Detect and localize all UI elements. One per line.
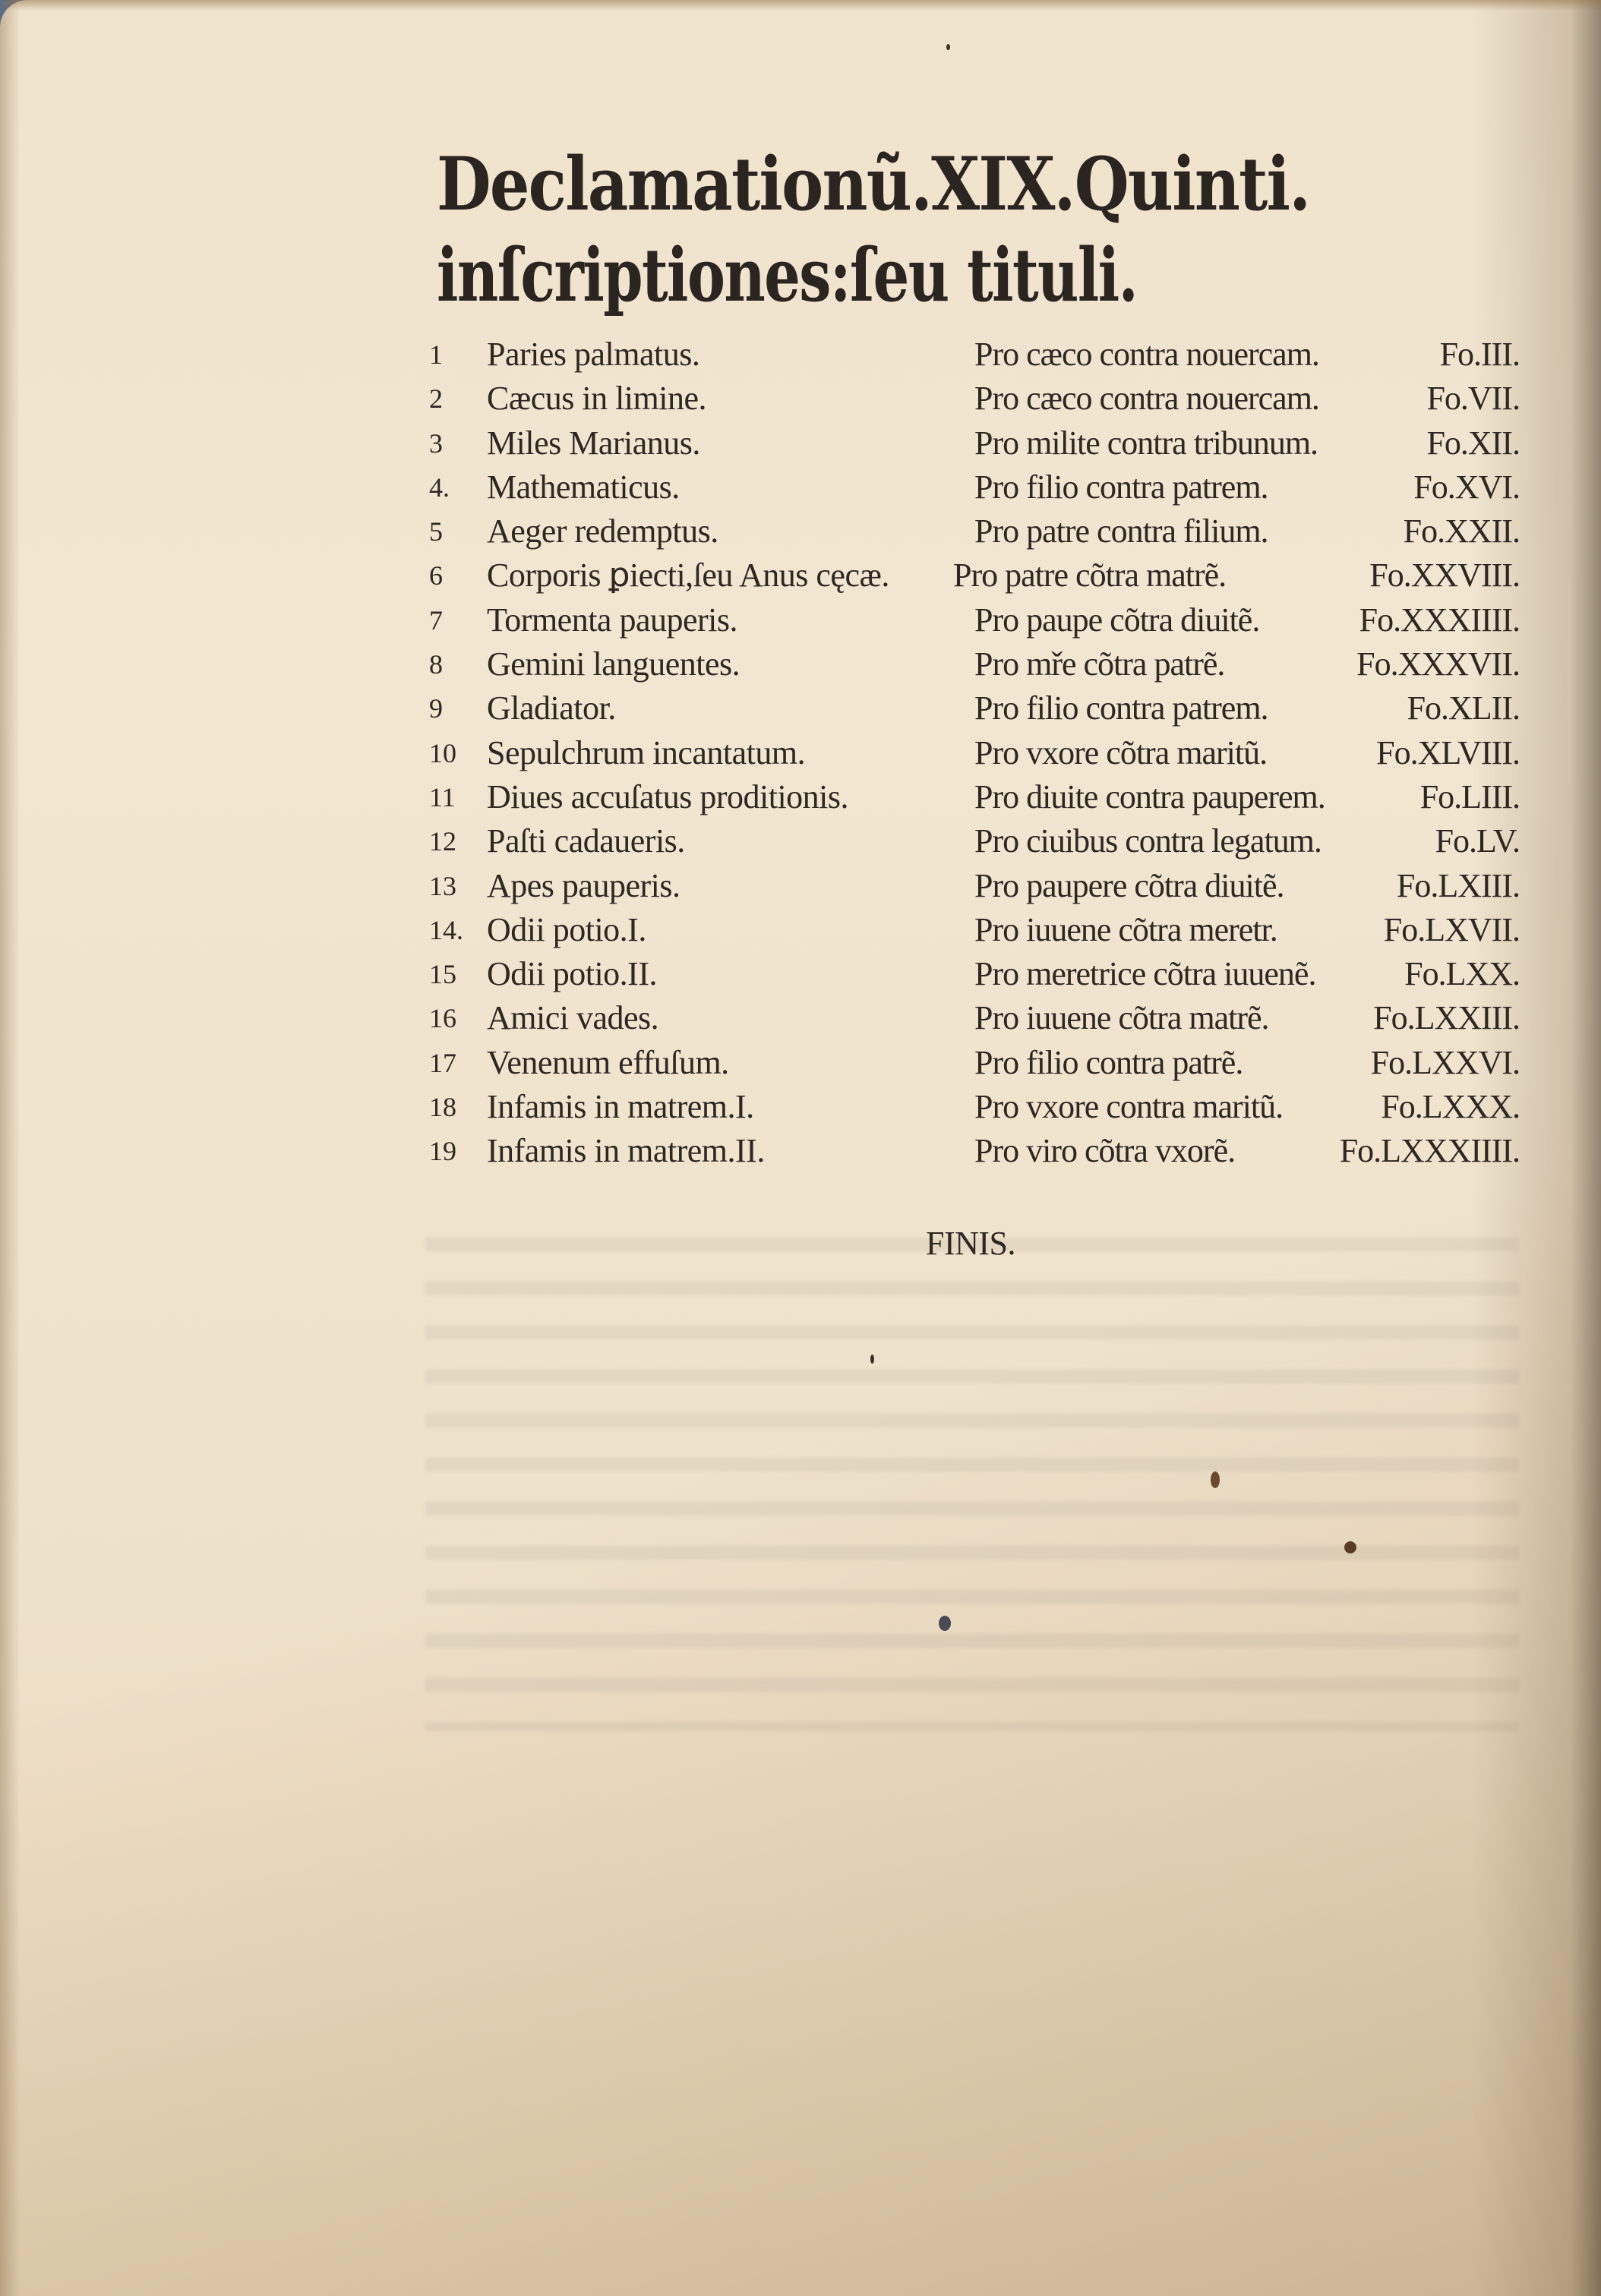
entry-subject: Tormenta pauperis. bbox=[487, 598, 737, 642]
entry-subject: Mathematicus. bbox=[487, 465, 680, 509]
entry-subject: Gladiator. bbox=[487, 686, 616, 730]
entry-number: 2 bbox=[429, 377, 482, 421]
entry-subject: Corporis ꝑiecti,ſeu Anus cęcæ. bbox=[487, 553, 889, 598]
ink-speck bbox=[870, 1355, 874, 1364]
entry-number: 3 bbox=[429, 421, 482, 465]
page-title: Declamationũ.XIX.Quinti. inſcriptiones:ſ… bbox=[437, 148, 1530, 312]
entry-number: 14. bbox=[429, 908, 482, 952]
entry-case: Pro patre cõtra matrẽ. bbox=[953, 553, 1226, 598]
entry-number: 11 bbox=[429, 775, 482, 819]
entry-case: Pro vxore contra maritũ. bbox=[974, 1085, 1283, 1129]
toc-row: 4.Mathematicus.Pro filio contra patrem.F… bbox=[429, 465, 1523, 509]
entry-case: Pro iuuene cõtra meretr. bbox=[974, 908, 1277, 952]
entry-number: 9 bbox=[429, 686, 482, 730]
toc-row: 13Apes pauperis.Pro paupere cõtra diuitẽ… bbox=[429, 864, 1523, 908]
entry-subject: Venenum effuſum. bbox=[487, 1041, 729, 1085]
entry-subject: Sepulchrum incantatum. bbox=[487, 731, 805, 775]
entry-folio: Fo.III. bbox=[1440, 333, 1520, 377]
entry-case: Pro cæco contra nouercam. bbox=[974, 333, 1319, 377]
entry-folio: Fo.LXXX. bbox=[1381, 1085, 1520, 1129]
toc-row: 2Cæcus in limine.Pro cæco contra nouerca… bbox=[429, 377, 1523, 421]
entry-subject: Cæcus in limine. bbox=[487, 377, 706, 421]
entry-folio: Fo.XII. bbox=[1426, 421, 1520, 465]
entry-folio: Fo.XXXIIII. bbox=[1359, 598, 1520, 642]
entry-case: Pro iuuene cõtra matrẽ. bbox=[974, 996, 1269, 1040]
entry-case: Pro ciuibus contra legatum. bbox=[974, 819, 1322, 863]
entry-subject: Odii potio.I. bbox=[487, 908, 646, 952]
entry-number: 13 bbox=[429, 864, 482, 908]
toc-row: 7Tormenta pauperis.Pro paupe cõtra diuit… bbox=[429, 598, 1523, 642]
toc-row: 16Amici vades.Pro iuuene cõtra matrẽ.Fo.… bbox=[429, 996, 1523, 1040]
ink-speck bbox=[946, 44, 950, 50]
entry-subject: Aeger redemptus. bbox=[487, 509, 718, 553]
entry-subject: Gemini languentes. bbox=[487, 642, 740, 686]
colophon-finis: FINIS. bbox=[926, 1224, 1015, 1263]
entry-subject: Apes pauperis. bbox=[487, 864, 681, 908]
entry-case: Pro paupere cõtra diuitẽ. bbox=[974, 864, 1284, 908]
entry-number: 6 bbox=[429, 553, 482, 598]
entry-case: Pro vxore cõtra maritũ. bbox=[974, 731, 1267, 775]
toc-row: 17Venenum effuſum.Pro filio contra patrẽ… bbox=[429, 1041, 1523, 1085]
entry-case: Pro filio contra patrem. bbox=[974, 686, 1268, 730]
entry-case: Pro patre contra filium. bbox=[974, 509, 1268, 553]
entry-folio: Fo.XXII. bbox=[1404, 509, 1520, 553]
toc-row: 6Corporis ꝑiecti,ſeu Anus cęcæ.Pro patre… bbox=[429, 553, 1523, 598]
reverse-page-show-through bbox=[425, 1215, 1519, 1731]
entry-folio: Fo.LXIII. bbox=[1397, 864, 1520, 908]
entry-number: 15 bbox=[429, 952, 482, 996]
toc-row: 8Gemini languentes.Pro mře cõtra patrẽ.F… bbox=[429, 642, 1523, 686]
toc-row: 19Infamis in matrem.II.Pro viro cõtra vx… bbox=[429, 1129, 1523, 1173]
entry-folio: Fo.LXX. bbox=[1404, 952, 1520, 996]
entry-number: 17 bbox=[429, 1041, 482, 1085]
toc-row: 15Odii potio.II.Pro meretrice cõtra iuue… bbox=[429, 952, 1523, 996]
entry-case: Pro diuite contra pauperem. bbox=[974, 775, 1325, 819]
title-line-2: inſcriptiones:ſeu tituli. bbox=[437, 239, 1290, 312]
entry-case: Pro milite contra tribunum. bbox=[974, 421, 1318, 465]
entry-folio: Fo.LXXVI. bbox=[1371, 1041, 1520, 1085]
entry-folio: Fo.XXXVII. bbox=[1356, 642, 1520, 686]
toc-row: 3Miles Marianus.Pro milite contra tribun… bbox=[429, 421, 1523, 465]
toc-row: 11Diues accuſatus proditionis.Pro diuite… bbox=[429, 775, 1523, 819]
entry-folio: Fo.XLII. bbox=[1407, 686, 1520, 730]
entry-folio: Fo.LXVII. bbox=[1384, 908, 1520, 952]
entry-number: 4. bbox=[429, 465, 482, 509]
entry-case: Pro meretrice cõtra iuuenẽ. bbox=[974, 952, 1315, 996]
foxing-spot bbox=[1211, 1471, 1220, 1488]
entry-number: 16 bbox=[429, 996, 482, 1040]
entry-folio: Fo.LXXXIIII. bbox=[1340, 1129, 1520, 1173]
toc-row: 18Infamis in matrem.I.Pro vxore contra m… bbox=[429, 1085, 1523, 1129]
entry-case: Pro mře cõtra patrẽ. bbox=[974, 642, 1224, 686]
entry-subject: Infamis in matrem.II. bbox=[487, 1129, 765, 1173]
toc-row: 5Aeger redemptus.Pro patre contra filium… bbox=[429, 509, 1523, 553]
toc-row: 14.Odii potio.I.Pro iuuene cõtra meretr.… bbox=[429, 908, 1523, 952]
entry-folio: Fo.LXXIII. bbox=[1373, 996, 1520, 1040]
entry-folio: Fo.LV. bbox=[1435, 819, 1520, 863]
book-page: Declamationũ.XIX.Quinti. inſcriptiones:ſ… bbox=[0, 0, 1601, 2296]
entry-folio: Fo.VII. bbox=[1426, 377, 1520, 421]
entry-case: Pro paupe cõtra diuitẽ. bbox=[974, 598, 1259, 642]
entry-subject: Amici vades. bbox=[487, 996, 658, 1040]
entry-case: Pro filio contra patrẽ. bbox=[974, 1041, 1243, 1085]
entry-case: Pro filio contra patrem. bbox=[974, 465, 1268, 509]
entry-subject: Miles Marianus. bbox=[487, 421, 700, 465]
entry-number: 18 bbox=[429, 1085, 482, 1129]
entry-subject: Paries palmatus. bbox=[487, 333, 699, 377]
title-line-1: Declamationũ.XIX.Quinti. bbox=[437, 148, 1377, 239]
entry-subject: Paſti cadaueris. bbox=[487, 819, 685, 863]
toc-row: 10Sepulchrum incantatum.Pro vxore cõtra … bbox=[429, 731, 1523, 775]
entry-folio: Fo.XVI. bbox=[1413, 465, 1520, 509]
entry-subject: Infamis in matrem.I. bbox=[487, 1085, 754, 1129]
entry-number: 7 bbox=[429, 598, 482, 642]
entry-subject: Diues accuſatus proditionis. bbox=[487, 775, 848, 819]
toc-row: 9Gladiator.Pro filio contra patrem.Fo.XL… bbox=[429, 686, 1523, 730]
entry-folio: Fo.XLVIII. bbox=[1376, 731, 1520, 775]
entry-case: Pro viro cõtra vxorẽ. bbox=[974, 1129, 1235, 1173]
toc-row: 1Paries palmatus.Pro cæco contra nouerca… bbox=[429, 333, 1523, 377]
table-of-contents: 1Paries palmatus.Pro cæco contra nouerca… bbox=[429, 333, 1523, 1174]
entry-number: 12 bbox=[429, 819, 482, 863]
foxing-spot bbox=[1344, 1541, 1356, 1553]
entry-number: 1 bbox=[429, 333, 482, 377]
entry-subject: Odii potio.II. bbox=[487, 952, 657, 996]
entry-number: 5 bbox=[429, 509, 482, 553]
entry-case: Pro cæco contra nouercam. bbox=[974, 377, 1319, 421]
entry-number: 19 bbox=[429, 1129, 482, 1173]
entry-number: 10 bbox=[429, 731, 482, 775]
toc-row: 12Paſti cadaueris.Pro ciuibus contra leg… bbox=[429, 819, 1523, 863]
ink-speck bbox=[939, 1616, 951, 1631]
entry-number: 8 bbox=[429, 642, 482, 686]
entry-folio: Fo.XXVIII. bbox=[1369, 553, 1520, 598]
entry-folio: Fo.LIII. bbox=[1420, 775, 1520, 819]
